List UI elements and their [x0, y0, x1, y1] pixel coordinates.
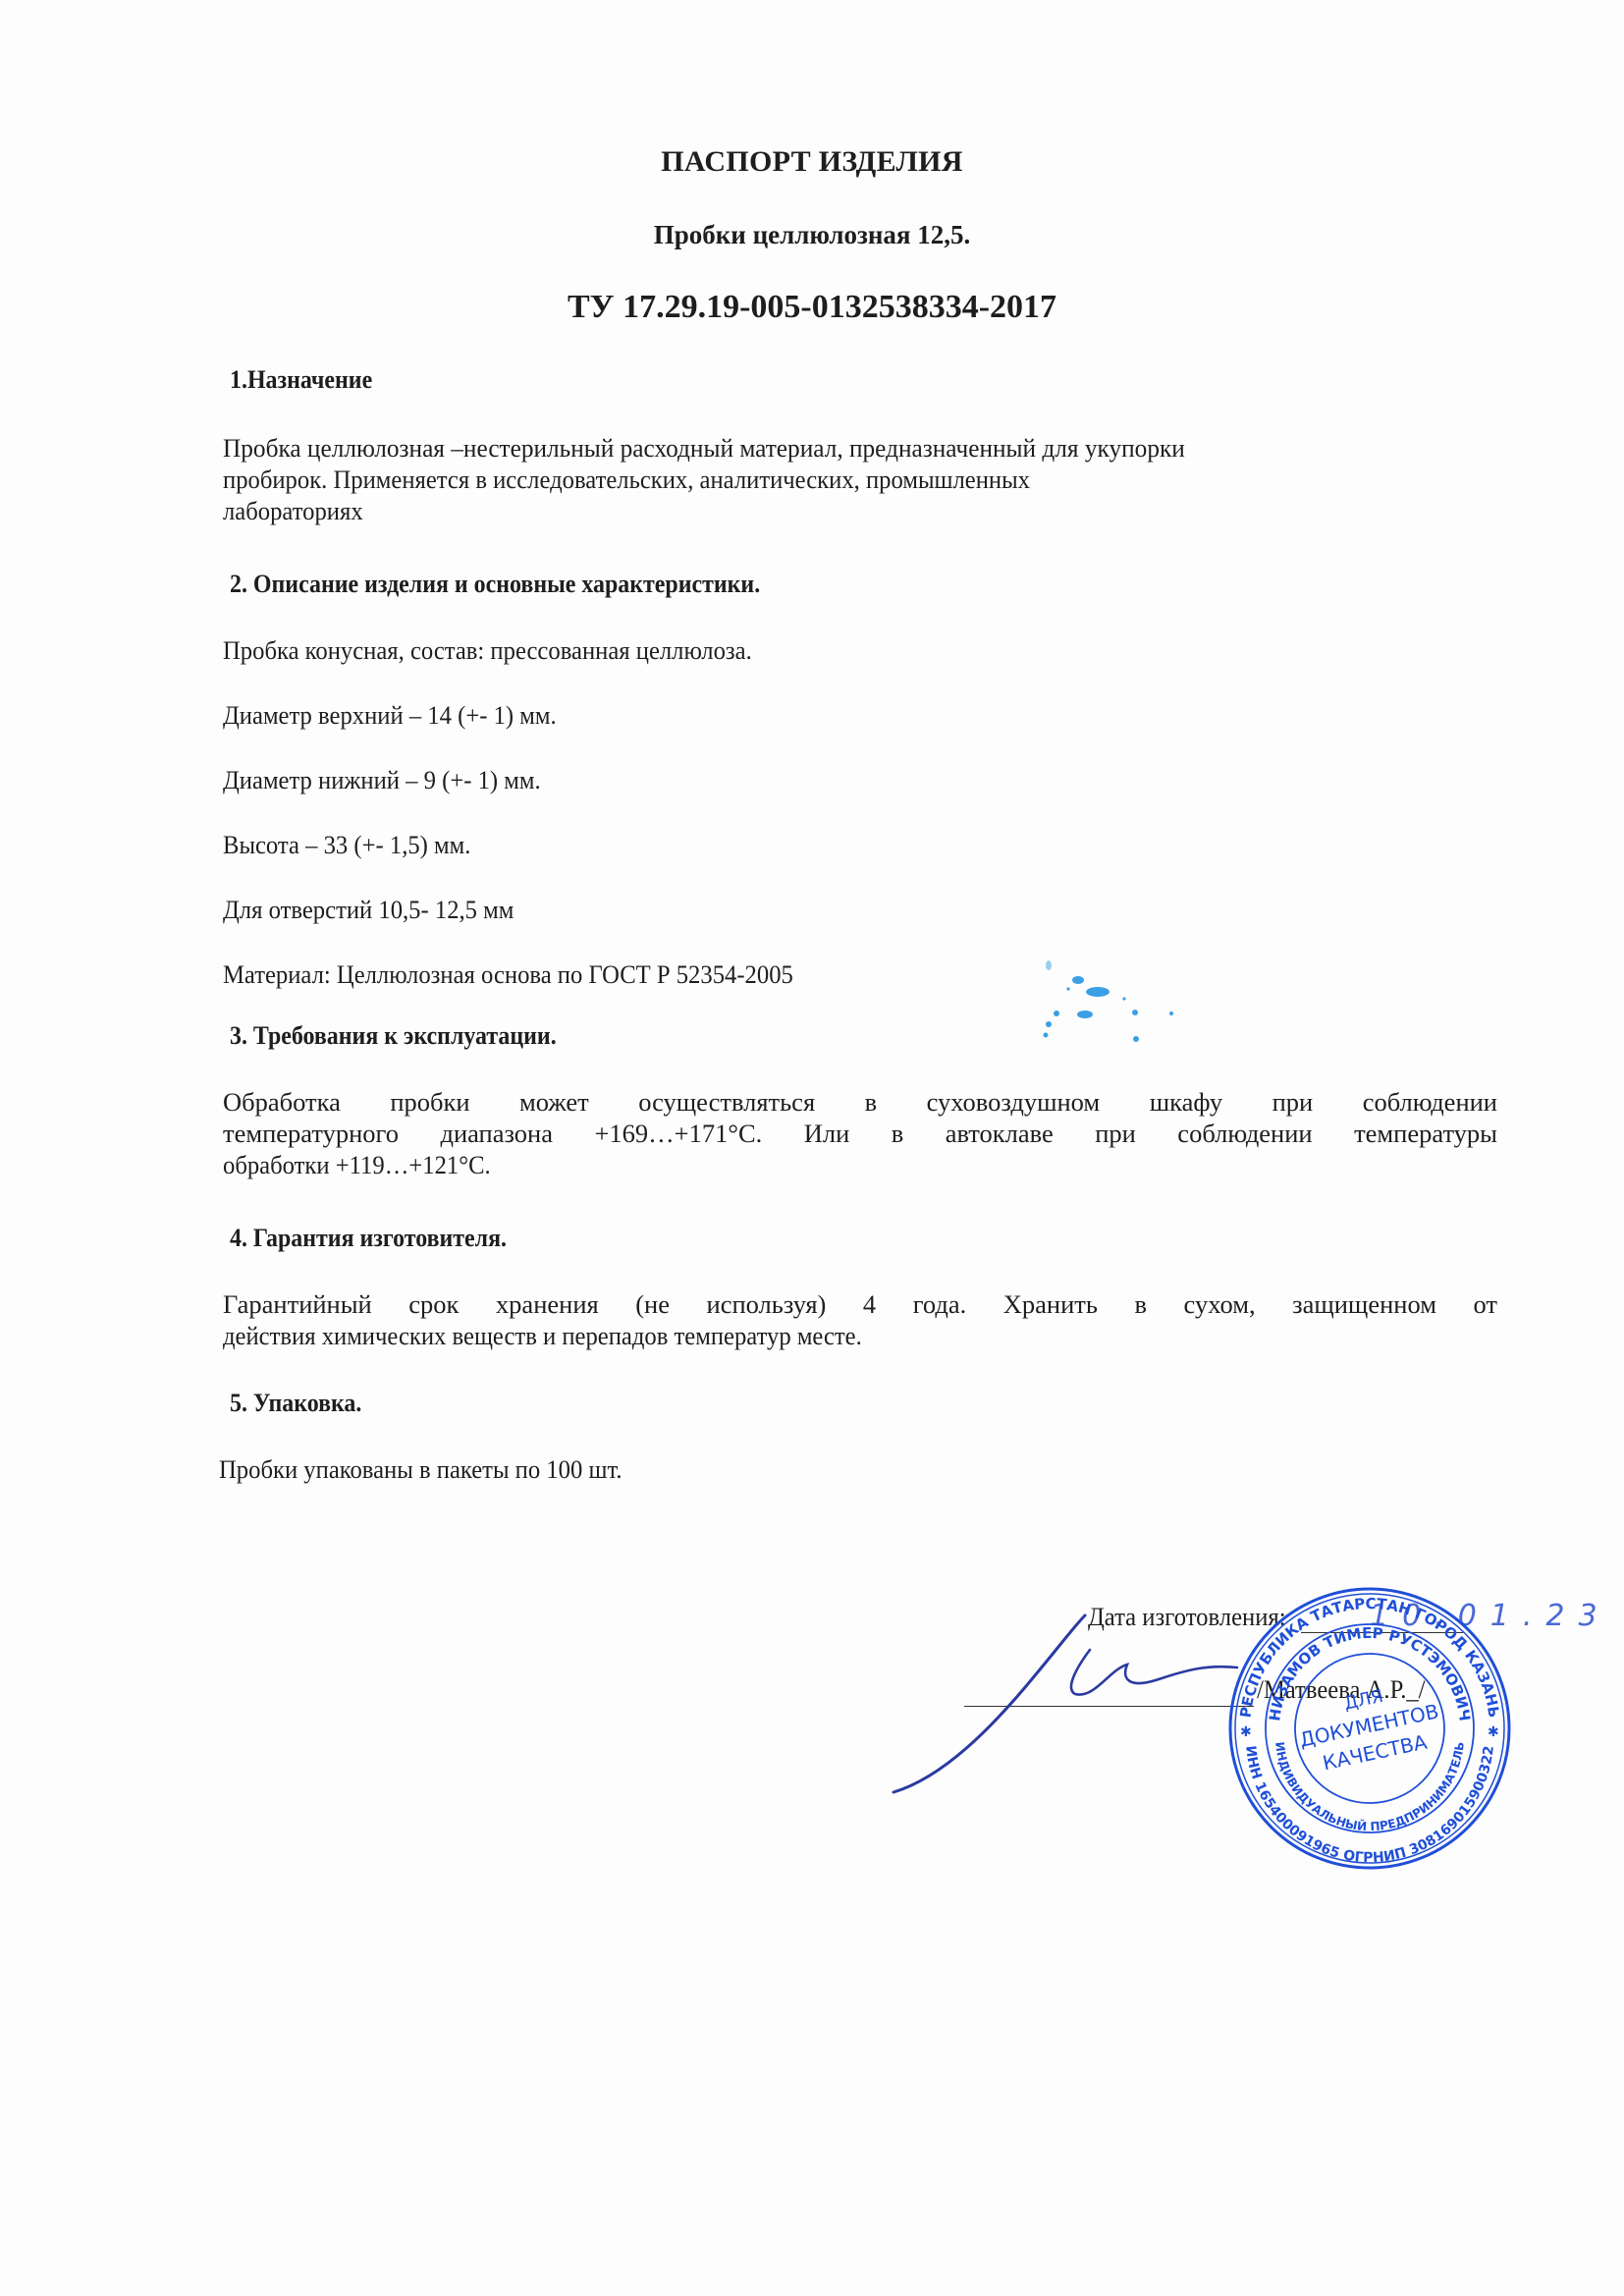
section-heading-operation: 3. Требования к эксплуатации. — [230, 1021, 557, 1051]
operation-line-3: обработки +119…+121°С. — [223, 1149, 491, 1180]
section-heading-description: 2. Описание изделия и основные характери… — [230, 570, 760, 599]
svg-text:ДЛЯ: ДЛЯ — [1342, 1686, 1385, 1715]
svg-text:✱: ✱ — [1488, 1724, 1499, 1740]
warranty-line-2: действия химических веществ и перепадов … — [223, 1320, 862, 1351]
operation-line-1: Обработка пробки может осуществляться в … — [223, 1086, 1497, 1118]
description-composition: Пробка конусная, состав: прессованная це… — [223, 634, 752, 666]
purpose-line-3: лабораториях — [223, 495, 363, 526]
ink-specks-decoration — [1021, 943, 1218, 1061]
packaging-line: Пробки упакованы в пакеты по 100 шт. — [219, 1453, 623, 1485]
section-heading-warranty: 4. Гарантия изготовителя. — [230, 1224, 507, 1253]
description-hole-size: Для отверстий 10,5- 12,5 мм — [223, 894, 514, 925]
company-seal-icon: РЕСПУБЛИКА ТАТАРСТАН ГОРОД КАЗАНЬ ИНН 16… — [1222, 1581, 1517, 1876]
section-heading-purpose: 1.Назначение — [230, 365, 372, 395]
description-height: Высота – 33 (+- 1,5) мм. — [223, 829, 470, 860]
section-heading-packaging: 5. Упаковка. — [230, 1389, 361, 1418]
technical-spec-code: ТУ 17.29.19-005-0132538334-2017 — [0, 289, 1624, 326]
purpose-line-1: Пробка целлюлозная –нестерильный расходн… — [223, 432, 1185, 464]
description-top-diameter: Диаметр верхний – 14 (+- 1) мм. — [223, 699, 557, 731]
product-name: Пробки целлюлозная 12,5. — [0, 220, 1624, 250]
purpose-line-2: пробирок. Применяется в исследовательски… — [223, 464, 1030, 495]
warranty-line-1: Гарантийный срок хранения (не используя)… — [223, 1288, 1497, 1320]
description-material: Материал: Целлюлозная основа по ГОСТ Р 5… — [223, 958, 793, 990]
operation-line-2: температурного диапазона +169…+171°С. Ил… — [223, 1118, 1497, 1149]
product-passport-page: ПАСПОРТ ИЗДЕЛИЯ Пробки целлюлозная 12,5.… — [0, 0, 1624, 2296]
document-title: ПАСПОРТ ИЗДЕЛИЯ — [0, 145, 1624, 179]
svg-text:✱: ✱ — [1240, 1724, 1252, 1740]
description-bottom-diameter: Диаметр нижний – 9 (+- 1) мм. — [223, 764, 541, 795]
